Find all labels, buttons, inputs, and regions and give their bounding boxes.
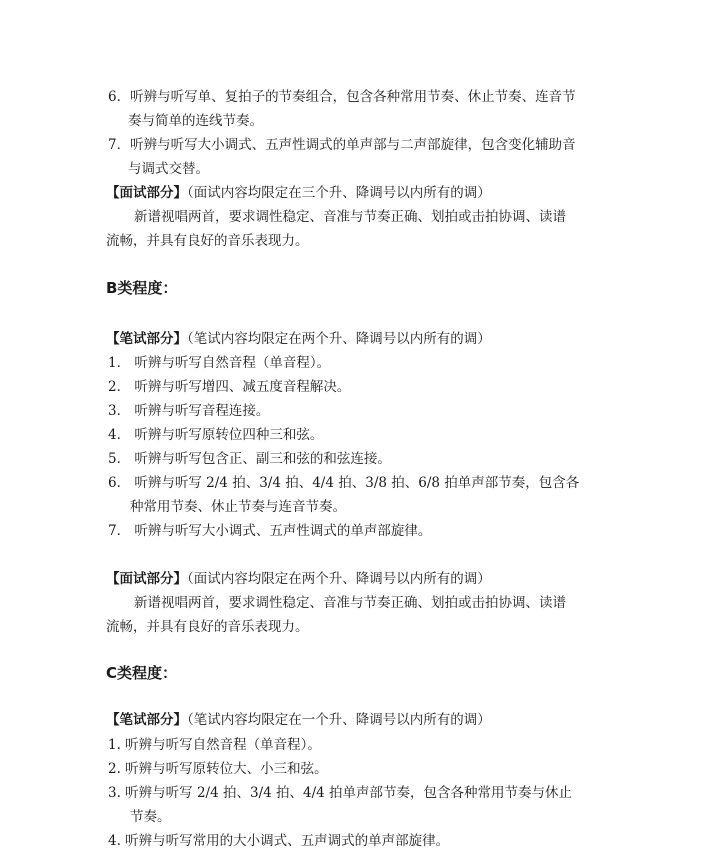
section-b-heading: B类程度： xyxy=(106,279,177,297)
interview-note: （面试内容均限定在两个升、降调号以内所有的调） xyxy=(187,571,491,587)
written-note: （笔试内容均限定在一个升、降调号以内所有的调） xyxy=(187,712,491,728)
interview-note: （面试内容均限定在三个升、降调号以内所有的调） xyxy=(187,185,491,201)
interview-label: 【面试部分】 xyxy=(106,571,187,587)
interview-label: 【面试部分】 xyxy=(106,185,187,201)
interview-a-body-line2: 流畅，并具有良好的音乐表现力。 xyxy=(106,232,309,250)
list-item-a-6-line2: 奏与简单的连线节奏。 xyxy=(128,112,263,130)
interview-b-body-line1: 新谱视唱两首，要求调性稳定、音准与节奏正确、划拍或击拍协调、读谱 xyxy=(134,594,566,612)
list-item-c-3-line1: 3. 听辨与听写 2/4 拍、3/4 拍、4/4 拍单声部节奏，包含各种常用节奏… xyxy=(108,784,572,802)
interview-b-body-line2: 流畅，并具有良好的音乐表现力。 xyxy=(106,618,309,636)
list-item-b-4: 4． 听辨与听写原转位四种三和弦。 xyxy=(108,426,323,444)
list-item-c-2: 2. 听辨与听写原转位大、小三和弦。 xyxy=(108,760,328,778)
written-note: （笔试内容均限定在两个升、降调号以内所有的调） xyxy=(187,331,491,347)
list-item-c-4: 4. 听辨与听写常用的大小调式、五声调式的单声部旋律。 xyxy=(108,832,449,850)
list-item-c-3-line2: 节奏。 xyxy=(130,808,171,826)
list-item-b-7: 7． 听辨与听写大小调式、五声性调式的单声部旋律。 xyxy=(108,522,431,540)
list-item-a-7-line2: 与调式交替。 xyxy=(128,160,209,178)
list-item-b-3: 3． 听辨与听写音程连接。 xyxy=(108,402,269,420)
written-label: 【笔试部分】 xyxy=(106,331,187,347)
list-item-a-6-line1: 6．听辨与听写单、复拍子的节奏组合，包含各种常用节奏、休止节奏、连音节 xyxy=(108,88,576,106)
list-item-b-5: 5． 听辨与听写包含正、副三和弦的和弦连接。 xyxy=(108,450,391,468)
interview-a-header: 【面试部分】（面试内容均限定在三个升、降调号以内所有的调） xyxy=(106,184,491,202)
interview-b-header: 【面试部分】（面试内容均限定在两个升、降调号以内所有的调） xyxy=(106,570,491,588)
section-c-heading: C类程度： xyxy=(106,664,177,682)
list-item-c-1: 1. 听辨与听写自然音程（单音程）。 xyxy=(108,736,321,754)
list-item-b-6-line1: 6． 听辨与听写 2/4 拍、3/4 拍、4/4 拍、3/8 拍、6/8 拍单声… xyxy=(108,474,579,492)
list-item-b-6-line2: 种常用节奏、休止节奏与连音节奏。 xyxy=(130,498,346,516)
written-c-header: 【笔试部分】（笔试内容均限定在一个升、降调号以内所有的调） xyxy=(106,711,491,729)
list-item-a-7-line1: 7．听辨与听写大小调式、五声性调式的单声部与二声部旋律，包含变化辅助音 xyxy=(108,136,576,154)
list-item-b-1: 1． 听辨与听写自然音程（单音程）。 xyxy=(108,354,330,372)
written-label: 【笔试部分】 xyxy=(106,712,187,728)
list-item-b-2: 2． 听辨与听写增四、减五度音程解决。 xyxy=(108,378,350,396)
interview-a-body-line1: 新谱视唱两首，要求调性稳定、音准与节奏正确、划拍或击拍协调、读谱 xyxy=(134,208,566,226)
written-b-header: 【笔试部分】（笔试内容均限定在两个升、降调号以内所有的调） xyxy=(106,330,491,348)
